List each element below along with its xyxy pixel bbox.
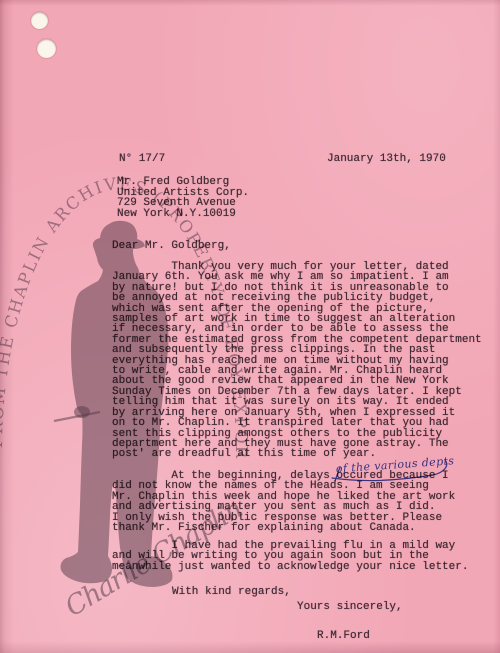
scanned-letter: FROM THE CHAPLIN ARCHIVES (PROPERTY OF R… <box>0 0 500 653</box>
handwritten-annotation: of the various depts <box>326 454 476 494</box>
annotation-text: of the various depts <box>335 454 454 475</box>
punch-hole <box>31 12 48 29</box>
salutation: Dear Mr. Goldberg, <box>112 241 231 251</box>
letter-date: January 13th, 1970 <box>327 154 446 164</box>
punch-hole <box>37 39 56 58</box>
closing-sincerely: Yours sincerely, <box>297 602 403 612</box>
body-paragraph: Thank you very much for your letter, dat… <box>112 262 482 460</box>
typed-signature-name: R.M.Ford <box>317 631 370 641</box>
reference-number: N° 17/7 <box>119 154 165 164</box>
closing-regards: With kind regards, <box>172 587 291 597</box>
recipient-address: Mr. Fred Goldberg United Artists Corp. 7… <box>117 177 249 220</box>
